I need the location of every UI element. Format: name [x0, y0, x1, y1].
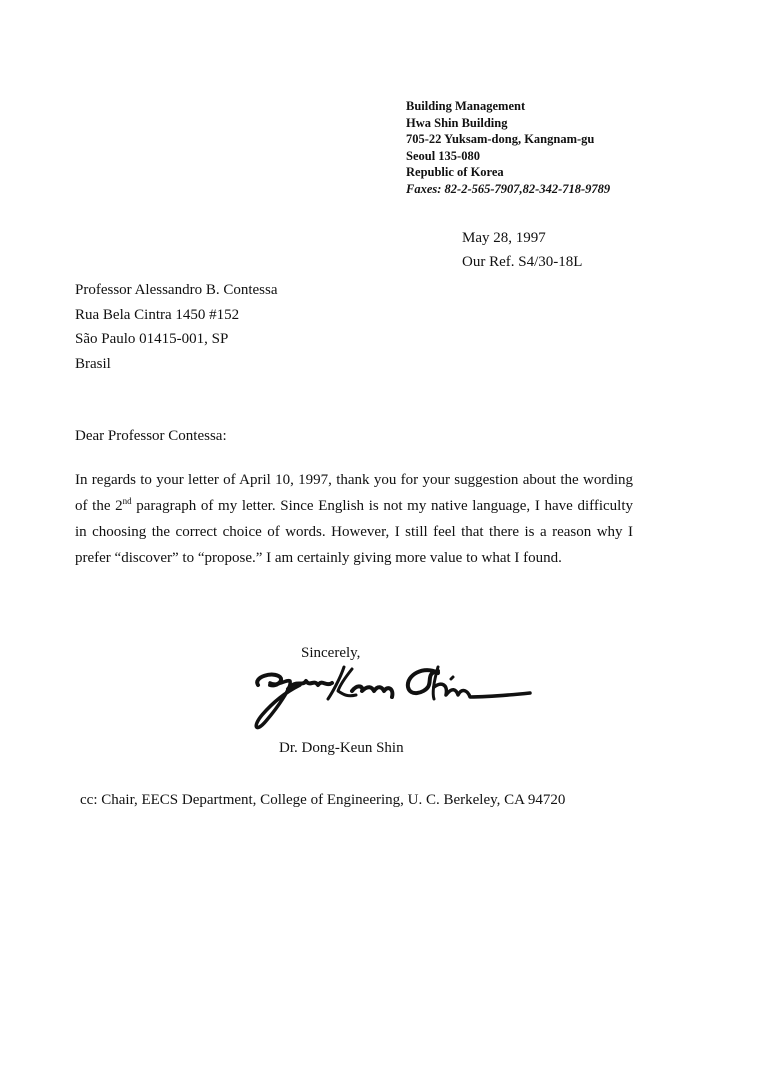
sender-line: Hwa Shin Building — [406, 115, 610, 132]
sender-line: Republic of Korea — [406, 164, 610, 181]
salutation: Dear Professor Contessa: — [75, 428, 227, 445]
cc-line: cc: Chair, EECS Department, College of E… — [80, 792, 565, 809]
sender-fax: Faxes: 82-2-565-7907,82-342-718-9789 — [406, 181, 610, 198]
sender-address-block: Building Management Hwa Shin Building 70… — [406, 98, 610, 197]
sender-line: Building Management — [406, 98, 610, 115]
signature-icon — [248, 657, 538, 742]
recipient-line: Brasil — [75, 352, 278, 377]
recipient-line: São Paulo 01415-001, SP — [75, 327, 278, 352]
date-reference-block: May 28, 1997 Our Ref. S4/30-18L — [462, 226, 582, 274]
ordinal-superscript: nd — [123, 496, 132, 506]
recipient-line: Professor Alessandro B. Contessa — [75, 278, 278, 303]
signer-name: Dr. Dong-Keun Shin — [279, 740, 404, 757]
sender-line: 705-22 Yuksam-dong, Kangnam-gu — [406, 131, 610, 148]
recipient-line: Rua Bela Cintra 1450 #152 — [75, 303, 278, 328]
recipient-address-block: Professor Alessandro B. Contessa Rua Bel… — [75, 278, 278, 376]
reference-number: Our Ref. S4/30-18L — [462, 250, 582, 274]
body-text-part2: paragraph of my letter. Since English is… — [75, 498, 633, 566]
sender-line: Seoul 135-080 — [406, 148, 610, 165]
letter-date: May 28, 1997 — [462, 226, 582, 250]
body-paragraph: In regards to your letter of April 10, 1… — [75, 467, 633, 571]
